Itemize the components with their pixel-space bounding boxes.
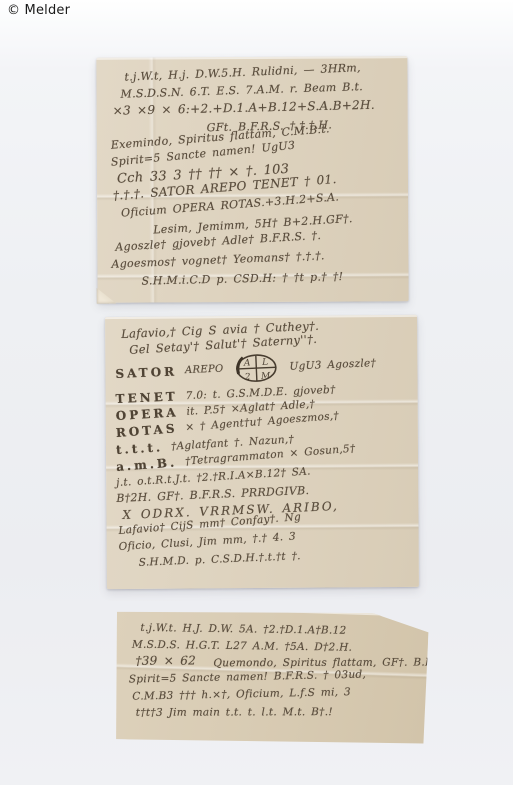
- amb-row-word: a.m.B.: [116, 455, 178, 474]
- sigil-letter: L: [261, 358, 268, 368]
- handwriting-line: t†t†3 Jim main t.t. t. l.t. M.t. B†.!: [136, 704, 418, 721]
- manuscript-note-2: Lafavio,† Cig S avia † Cuthey†. Gel Seta…: [105, 315, 419, 589]
- sator-word: SATOR: [115, 364, 177, 381]
- sigil-letter: A: [243, 358, 251, 368]
- sigil-letter: 2: [244, 372, 251, 382]
- sigil-letter: M: [260, 372, 271, 382]
- rotas-word: ROTAS: [115, 421, 178, 440]
- amulet-sigil-icon: A L 2 M: [233, 351, 280, 385]
- manuscript-note-3: t.j.W.t. H.J. D.W. 5A. †2.†D.1.A†B.12 M.…: [113, 605, 429, 749]
- handwriting-line: UgU3 Agoszle†: [289, 355, 376, 375]
- handwriting-line: AREPO: [185, 361, 224, 379]
- manuscript-note-1: t.j.W.t, H.j. D.W.5.H. Rulidni, — 3HRm, …: [96, 56, 408, 303]
- copyright-credit: © Melder: [7, 3, 70, 18]
- handwriting-line: S.H.M.i.C.D p. CSD.H: † †t p.† †!: [141, 267, 398, 290]
- photo-background: t.j.W.t, H.j. D.W.5.H. Rulidni, — 3HRm, …: [0, 20, 513, 785]
